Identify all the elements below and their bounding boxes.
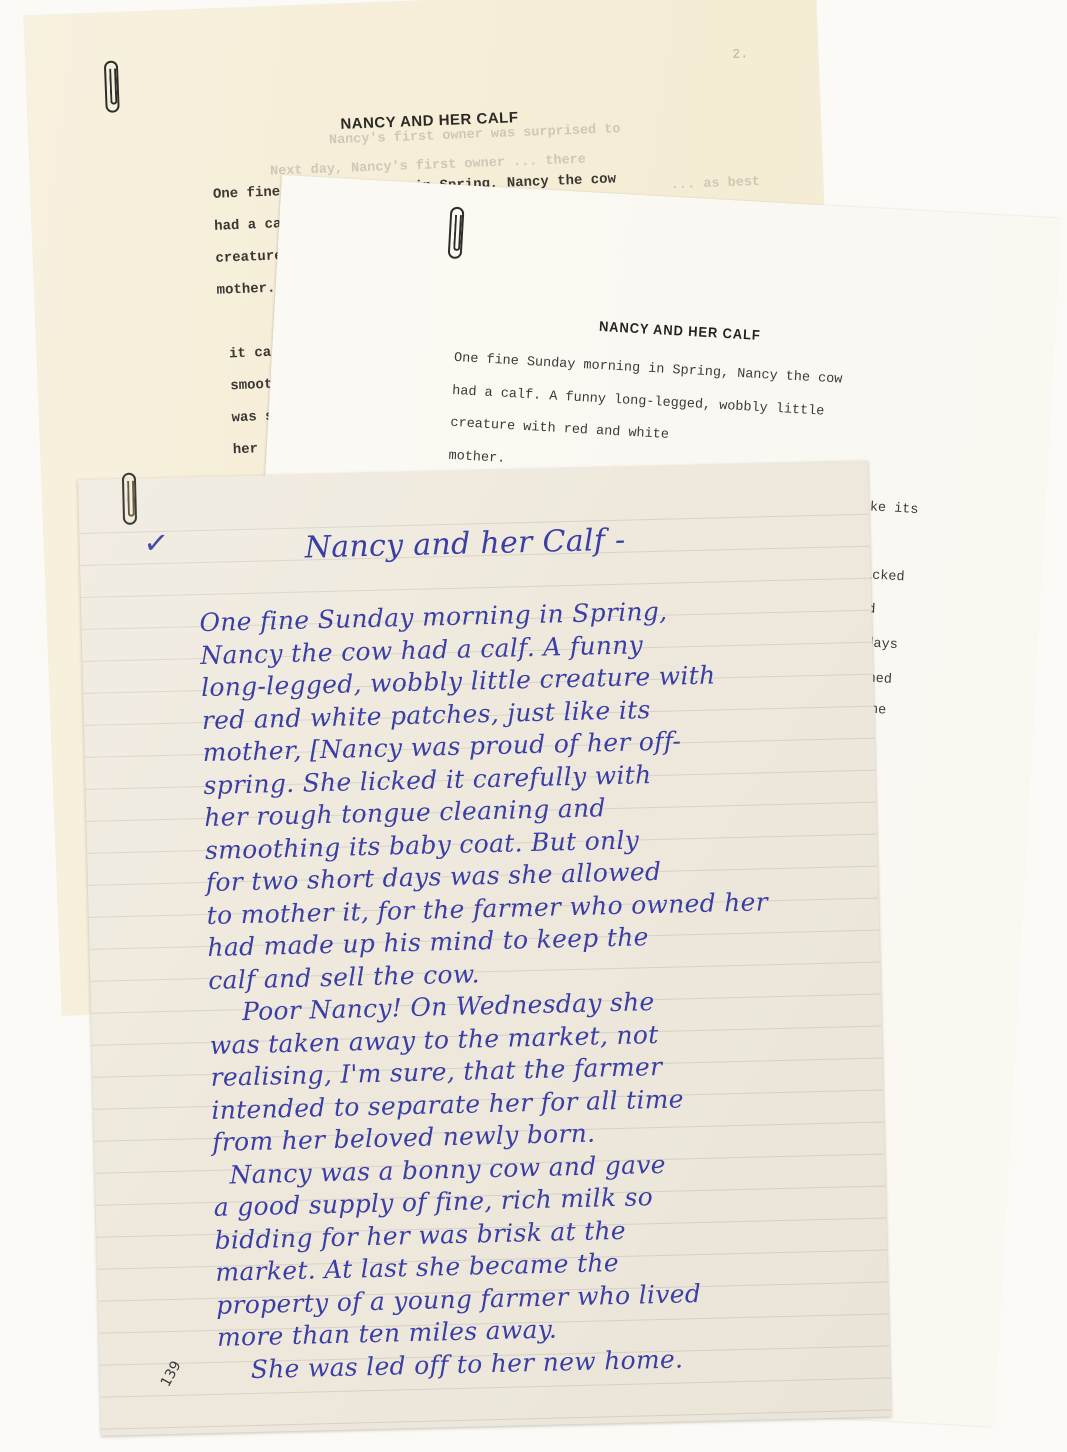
page-number: 2.: [732, 46, 748, 62]
paperclip-icon: [122, 473, 137, 525]
page-title: NANCY AND HER CALF: [599, 318, 761, 343]
handwritten-text-block: One fine Sunday morning in Spring, Nancy…: [199, 593, 779, 1386]
handwritten-draft-sheet: ✓ Nancy and her Calf - One fine Sunday m…: [78, 461, 891, 1436]
handwritten-title: Nancy and her Calf -: [304, 525, 626, 565]
paperclip-icon: [104, 60, 120, 112]
paperclip-icon: [448, 206, 465, 259]
margin-page-number: 139: [158, 1358, 185, 1389]
check-mark-icon: ✓: [142, 525, 170, 562]
